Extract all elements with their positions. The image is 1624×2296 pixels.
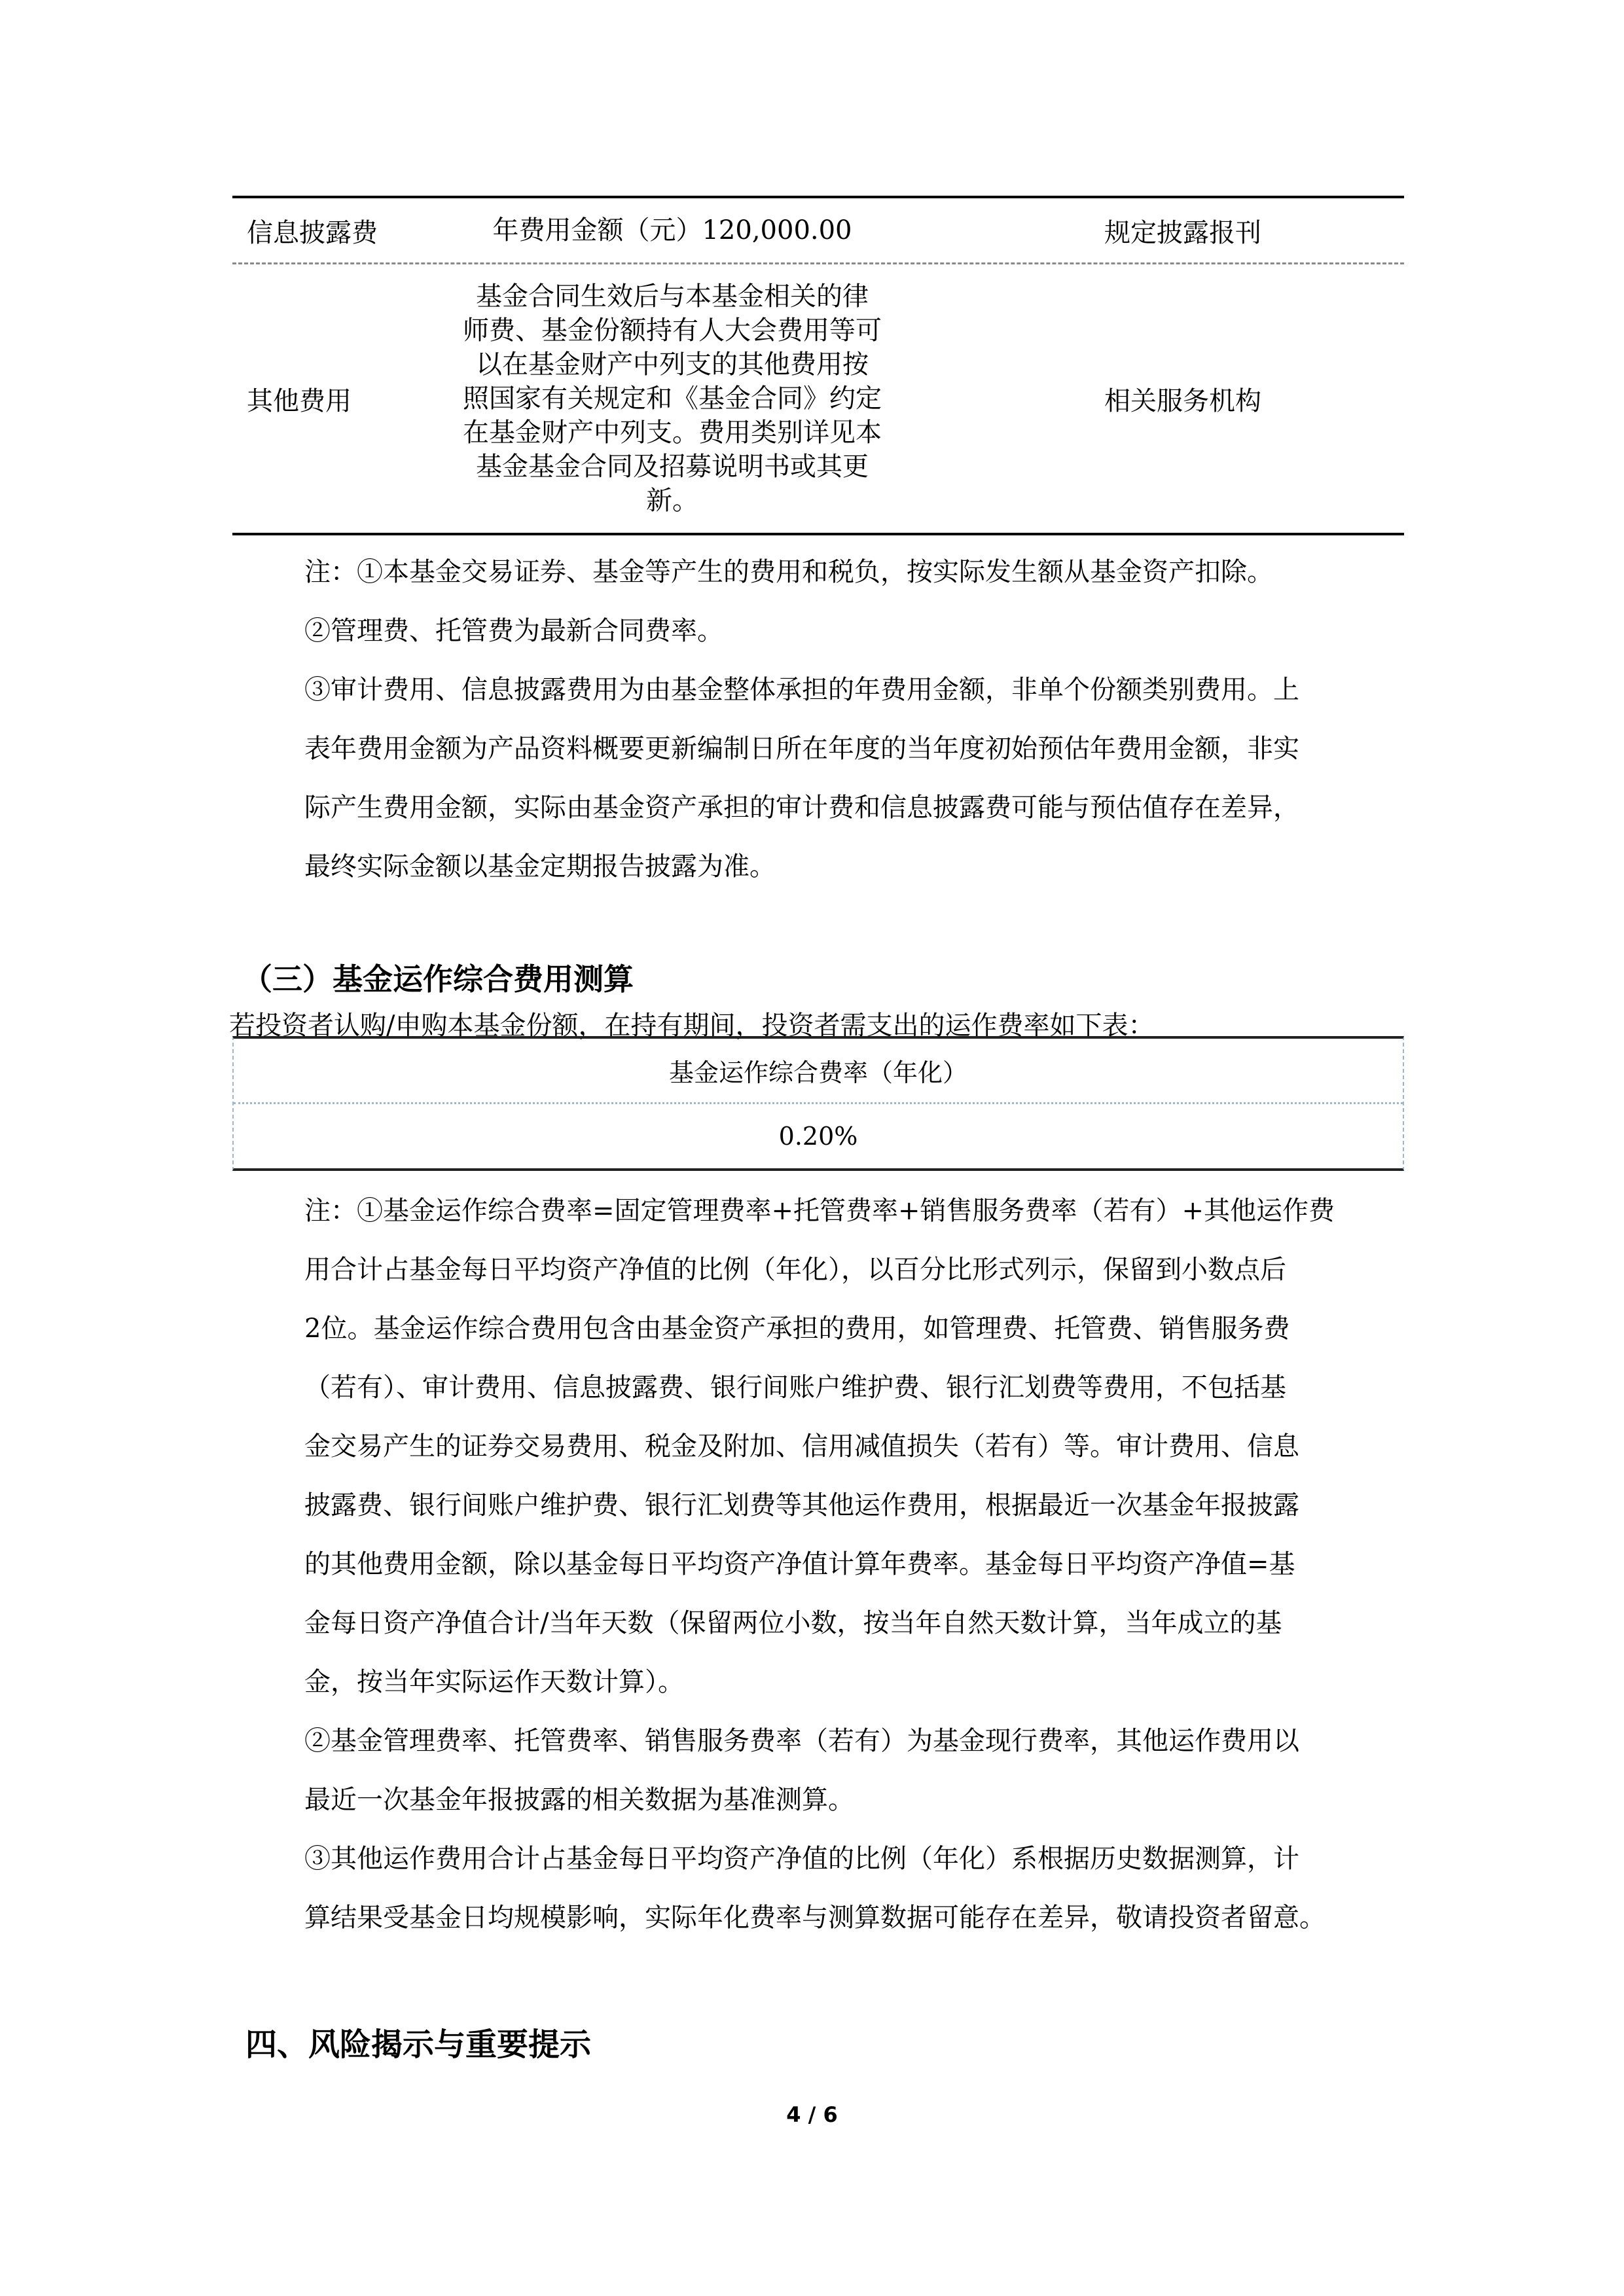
rate-note: ③其他运作费用合计占基金每日平均资产净值的比例（年化）系根据历史数据测算，计: [304, 1838, 1299, 1875]
rate-note: 最近一次基金年报披露的相关数据为基准测算。: [304, 1779, 854, 1816]
section-heading: （三）基金运作综合费用测算: [242, 956, 634, 999]
rate-table: 基金运作综合费率（年化） 0.20%: [232, 1036, 1404, 1171]
fee-payee: 规定披露报刊: [941, 212, 1404, 249]
rate-table-header: 基金运作综合费率（年化）: [234, 1039, 1403, 1104]
fee-amount: 基金合同生效后与本基金相关的律 师费、基金份额持有人大会费用等可 以在基金财产中…: [404, 279, 941, 518]
fee-note: 最终实际金额以基金定期报告披露为准。: [304, 846, 776, 883]
fee-note: ③审计费用、信息披露费用为由基金整体承担的年费用金额，非单个份额类别费用。上: [304, 669, 1299, 706]
fee-note: 际产生费用金额，实际由基金资产承担的审计费和信息披露费可能与预估值存在差异，: [304, 787, 1299, 824]
fee-item: 信息披露费: [232, 212, 404, 249]
fee-note: 表年费用金额为产品资料概要更新编制日所在年度的当年度初始预估年费用金额，非实: [304, 728, 1299, 765]
rate-note: 用合计占基金每日平均资产净值的比例（年化），以百分比形式列示，保留到小数点后: [304, 1249, 1286, 1286]
rate-note: ②基金管理费率、托管费率、销售服务费率（若有）为基金现行费率，其他运作费用以: [304, 1720, 1299, 1757]
section-heading: 四、风险揭示与重要提示: [245, 2019, 591, 2064]
fee-note: ②管理费、托管费为最新合同费率。: [304, 610, 723, 647]
rate-note: 2位。基金运作综合费用包含由基金资产承担的费用，如管理费、托管费、销售服务费: [304, 1308, 1290, 1345]
rate-note: 金交易产生的证券交易费用、税金及附加、信用减值损失（若有）等。审计费用、信息: [304, 1426, 1299, 1463]
fee-table: 信息披露费 年费用金额（元）120,000.00 规定披露报刊 其他费用 基金合…: [232, 196, 1404, 535]
rate-note: （若有）、审计费用、信息披露费、银行间账户维护费、银行汇划费等费用，不包括基: [304, 1367, 1286, 1404]
rate-table-value: 0.20%: [234, 1104, 1403, 1168]
fee-row-other: 其他费用 基金合同生效后与本基金相关的律 师费、基金份额持有人大会费用等可 以在…: [232, 264, 1404, 533]
rate-note: 注：①基金运作综合费率=固定管理费率+托管费率+销售服务费率（若有）+其他运作费: [304, 1190, 1335, 1227]
fee-row-info-disclosure: 信息披露费 年费用金额（元）120,000.00 规定披露报刊: [232, 198, 1404, 264]
rate-note: 披露费、银行间账户维护费、银行汇划费等其他运作费用，根据最近一次基金年报披露: [304, 1484, 1299, 1522]
fee-item: 其他费用: [232, 380, 404, 418]
rate-note: 金，按当年实际运作天数计算）。: [304, 1661, 684, 1698]
rate-note: 算结果受基金日均规模影响，实际年化费率与测算数据可能存在差异，敬请投资者留意。: [304, 1897, 1326, 1934]
rate-note: 的其他费用金额，除以基金每日平均资产净值计算年费率。基金每日平均资产净值=基: [304, 1543, 1295, 1581]
fee-payee: 相关服务机构: [941, 380, 1404, 418]
rate-note: 金每日资产净值合计/当年天数（保留两位小数，按当年自然天数计算，当年成立的基: [304, 1602, 1282, 1640]
fee-note: 注：①本基金交易证券、基金等产生的费用和税负，按实际发生额从基金资产扣除。: [304, 551, 1273, 588]
fee-amount: 年费用金额（元）120,000.00: [404, 213, 941, 247]
document-page: 信息披露费 年费用金额（元）120,000.00 规定披露报刊 其他费用 基金合…: [0, 0, 1624, 2296]
page-number: 4 / 6: [0, 2102, 1624, 2127]
